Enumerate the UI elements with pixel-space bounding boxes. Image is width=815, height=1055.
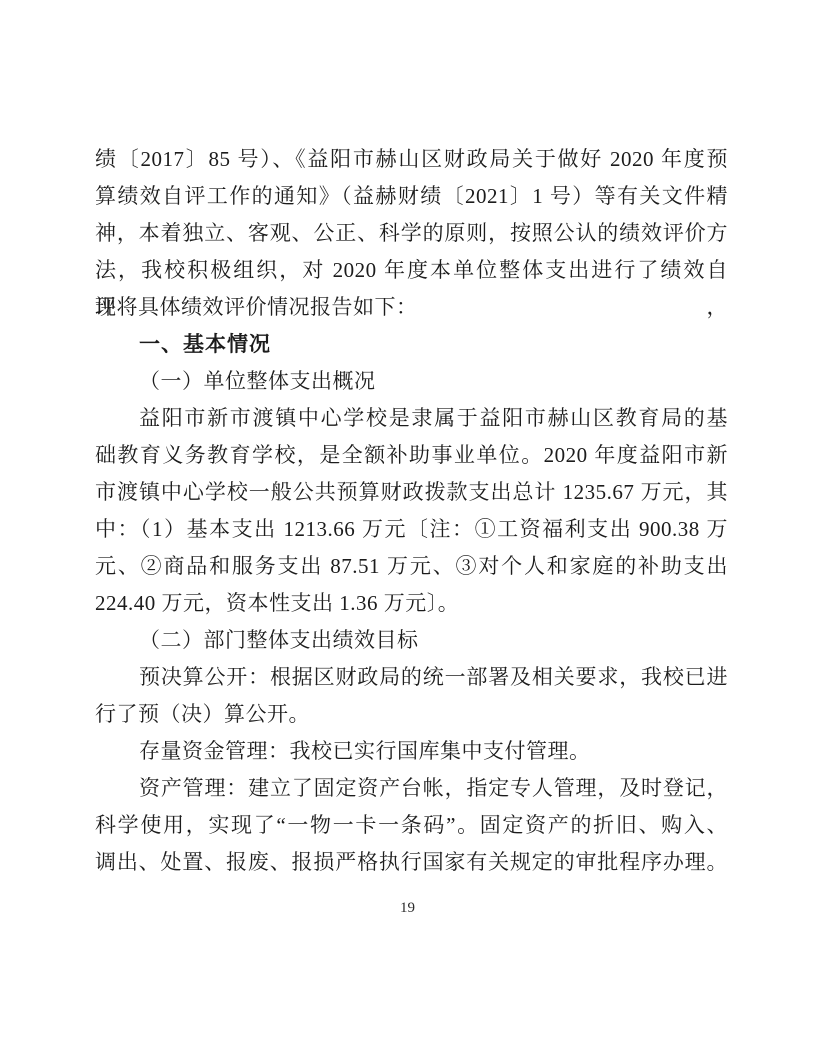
- document-page: 绩〔2017〕85 号）、《益阳市赫山区财政局关于做好 2020 年度预 算绩效…: [0, 0, 815, 1055]
- text-line: 法，我校积极组织，对 2020 年度本单位整体支出进行了绩效自评，: [95, 252, 728, 289]
- section-heading-basic-situation: 一、基本情况: [95, 326, 728, 363]
- text-line: 资产管理：建立了固定资产台帐，指定专人管理，及时登记，: [95, 770, 728, 807]
- text-line: 224.40 万元，资本性支出 1.36 万元〕。: [95, 585, 728, 622]
- subsection-heading-performance-goals: （二）部门整体支出绩效目标: [95, 622, 728, 659]
- text-line: 存量资金管理：我校已实行国库集中支付管理。: [95, 733, 728, 770]
- text-line: 行了预（决）算公开。: [95, 696, 728, 733]
- text-line: 市渡镇中心学校一般公共预算财政拨款支出总计 1235.67 万元，其: [95, 474, 728, 511]
- text-line: 科学使用，实现了“一物一卡一条码”。固定资产的折旧、购入、: [95, 807, 728, 844]
- text-line: 绩〔2017〕85 号）、《益阳市赫山区财政局关于做好 2020 年度预: [95, 141, 728, 178]
- text-line: 础教育义务教育学校，是全额补助事业单位。2020 年度益阳市新: [95, 437, 728, 474]
- text-line: 元、②商品和服务支出 87.51 万元、③对个人和家庭的补助支出: [95, 548, 728, 585]
- text-line: 预决算公开：根据区财政局的统一部署及相关要求，我校已进: [95, 659, 728, 696]
- text-line: 益阳市新市渡镇中心学校是隶属于益阳市赫山区教育局的基: [95, 400, 728, 437]
- document-text-block: 绩〔2017〕85 号）、《益阳市赫山区财政局关于做好 2020 年度预 算绩效…: [95, 141, 728, 881]
- text-line: 调出、处置、报废、报损严格执行国家有关规定的审批程序办理。: [95, 844, 728, 881]
- page-number: 19: [0, 900, 815, 917]
- text-line: 算绩效自评工作的通知》（益赫财绩〔2021〕1 号）等有关文件精: [95, 178, 728, 215]
- text-line: 神，本着独立、客观、公正、科学的原则，按照公认的绩效评价方: [95, 215, 728, 252]
- text-line: 中：（1）基本支出 1213.66 万元〔注：①工资福利支出 900.38 万: [95, 511, 728, 548]
- subsection-heading-overall-expenditure: （一）单位整体支出概况: [95, 363, 728, 400]
